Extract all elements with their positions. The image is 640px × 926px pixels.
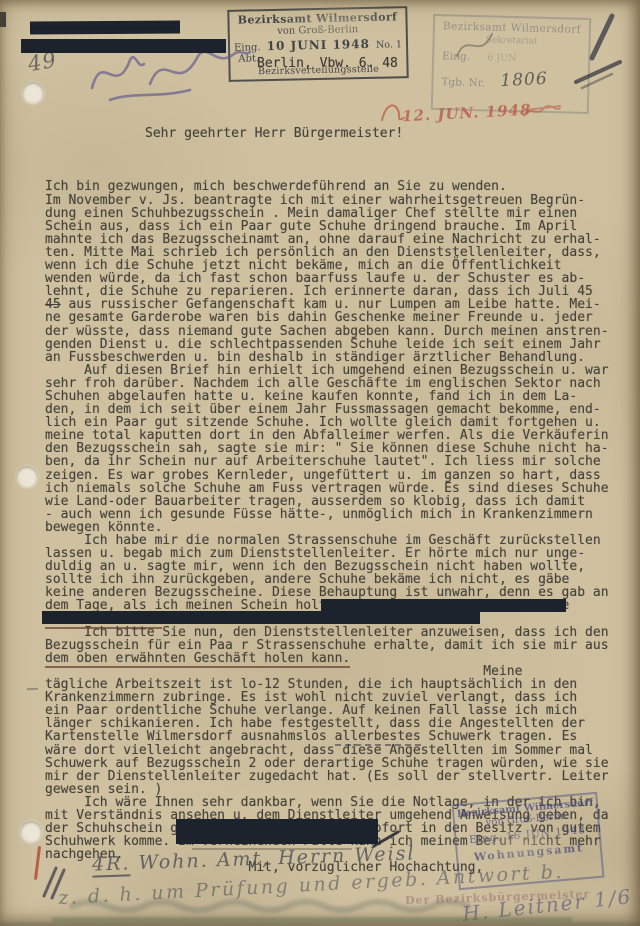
salutation: Sehr geehrter Herr Bürgermeister! (45, 127, 630, 140)
green-ink-smear (0, 922, 640, 926)
edge-ink-mark (0, 12, 6, 27)
letter-line: Bezugsschein für ein Paa r Strassenschuh… (45, 639, 630, 652)
journal-number-label: Tgb. Nr. (441, 76, 485, 89)
red-margin-stroke (34, 846, 41, 880)
stamp-received-date: 10 JUNI 1948 (267, 37, 370, 53)
letter-body: Sehr geehrter Herr Bürgermeister! Ich bi… (45, 101, 630, 901)
stamp-received-date: 6 JUN (473, 52, 516, 64)
typed-date-line: Berlin, Vbw. 6. 48 (257, 56, 398, 71)
punch-hole (22, 82, 44, 104)
stamp-unit-name: Sekretariat (434, 34, 588, 48)
pencil-margin-dash (27, 688, 38, 691)
scanned-letter-page: Bezirksamt Wilmersdorf von Groß-Berlin E… (0, 0, 640, 926)
redaction-bar (21, 39, 226, 53)
punch-hole (20, 821, 42, 843)
stamp-received-label: Eing. (234, 42, 261, 54)
routing-note-prefix: 4R. (92, 852, 131, 877)
stamp-received-label: Eing. (442, 50, 470, 63)
journal-number-handwritten: 1806 (488, 69, 548, 92)
redaction-bar (30, 20, 180, 34)
redaction-bar-signature (176, 819, 378, 844)
letter-lines: Ich bin gezwungen, mich beschwerdeführen… (45, 180, 630, 874)
secretariat-stamp: Bezirksamt Wilmersdorf Sekretariat Eing.… (431, 14, 591, 114)
housing-office-stamp: Bezirksamt Wilmersdorf von Groß-Berlin E… (452, 792, 605, 890)
punch-hole (16, 466, 38, 488)
redaction-bar (42, 611, 480, 624)
stamp-received-number: No. 1 (376, 39, 402, 51)
